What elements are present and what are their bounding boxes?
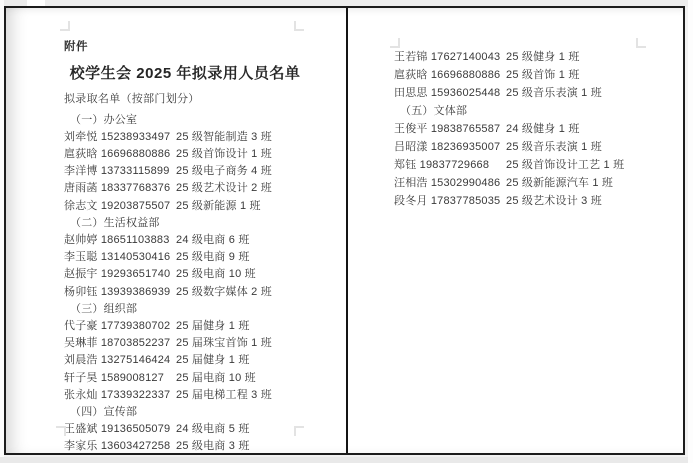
member-name-phone: 吴琳菲 18703852237 [64, 335, 176, 352]
member-row: 徐志文 1920387550725 级新能源 1 班 [64, 198, 318, 215]
member-class: 25 级智能制造 3 班 [176, 129, 272, 146]
crop-mark [60, 21, 70, 31]
section-heading: （二）生活权益部 [64, 215, 318, 232]
crop-mark [636, 38, 646, 48]
member-row: 王俊平 1983876558724 级健身 1 班 [394, 120, 667, 138]
member-class: 25 届健身 1 班 [176, 318, 250, 335]
section-heading: （四）宣传部 [64, 404, 318, 421]
member-name-phone: 李家乐 13603427258 [64, 438, 176, 455]
member-row: 李洋博 1373311589925 级电子商务 4 班 [64, 163, 318, 180]
member-name-phone: 郑钰 19837729668 [394, 156, 506, 174]
member-class: 25 届电梯工程 3 班 [176, 387, 272, 404]
member-name-phone: 刘牵悦 15238933497 [64, 129, 176, 146]
member-class: 25 级首饰 1 班 [506, 66, 580, 84]
member-name-phone: 扈荻晗 16696880886 [394, 66, 506, 84]
member-class: 25 级音乐表演 1 班 [506, 138, 602, 156]
member-name-phone: 段冬月 17837785035 [394, 192, 506, 210]
crop-mark [294, 426, 304, 436]
member-row: 轩子昊 158900812725 届电商 10 班 [64, 370, 318, 387]
section-heading: （一）办公室 [64, 112, 318, 129]
member-class: 24 级电商 5 班 [176, 421, 250, 438]
page-2-sections: 王若锦 1762714004325 级健身 1 班扈荻晗 16696880886… [394, 48, 667, 210]
member-row: 汪相浩 1530299048625 级新能源汽车 1 班 [394, 174, 667, 192]
member-row: 赵振宇 1929365174025 级电商 10 班 [64, 266, 318, 283]
member-class: 25 级新能源 1 班 [176, 198, 261, 215]
crop-mark [390, 38, 400, 48]
member-name-phone: 张永灿 17339322337 [64, 387, 176, 404]
member-name-phone: 王俊平 19838765587 [394, 120, 506, 138]
member-class: 25 级电子商务 4 班 [176, 163, 272, 180]
document-scan-view: 附件 校学生会 2025 年拟录用人员名单 拟录取名单（按部门划分） （一）办公… [0, 0, 693, 463]
member-name-phone: 刘晨浩 13275146424 [64, 352, 176, 369]
member-row: 王盛斌 1913650507924 级电商 5 班 [64, 421, 318, 438]
member-class: 25 级电商 9 班 [176, 249, 250, 266]
member-class: 25 届珠宝首饰 1 班 [176, 335, 272, 352]
member-name-phone: 扈荻晗 16696880886 [64, 146, 176, 163]
member-class: 25 级首饰设计 1 班 [176, 146, 272, 163]
member-class: 25 届电商 10 班 [176, 370, 256, 387]
member-name-phone: 轩子昊 1589008127 [64, 370, 176, 387]
member-class: 25 级音乐表演 1 班 [506, 84, 602, 102]
member-class: 24 级健身 1 班 [506, 120, 580, 138]
member-name-phone: 赵帅婷 18651103883 [64, 232, 176, 249]
member-row: 李玉聪 1314053041625 级电商 9 班 [64, 249, 318, 266]
member-name-phone: 代子豪 17739380702 [64, 318, 176, 335]
page-1: 附件 校学生会 2025 年拟录用人员名单 拟录取名单（按部门划分） （一）办公… [6, 8, 346, 453]
member-name-phone: 赵振宇 19293651740 [64, 266, 176, 283]
document-title: 校学生会 2025 年拟录用人员名单 [64, 65, 306, 82]
member-row: 吕昭漾 1823693500725 级音乐表演 1 班 [394, 138, 667, 156]
section-heading: （三）组织部 [64, 301, 318, 318]
member-class: 25 届健身 1 班 [176, 352, 250, 369]
member-class: 25 级艺术设计 2 班 [176, 180, 272, 197]
list-subtitle: 拟录取名单（按部门划分） [64, 91, 318, 108]
member-row: 张永灿 1733932233725 届电梯工程 3 班 [64, 387, 318, 404]
member-row: 田思思 1593602544825 级音乐表演 1 班 [394, 84, 667, 102]
attachment-label: 附件 [64, 39, 318, 56]
member-name-phone: 徐志文 19203875507 [64, 198, 176, 215]
member-class: 25 级电商 10 班 [176, 266, 256, 283]
member-row: 刘牵悦 1523893349725 级智能制造 3 班 [64, 129, 318, 146]
member-row: 李家乐 1360342725825 级电商 3 班 [64, 438, 318, 455]
page-1-sections: （一）办公室刘牵悦 1523893349725 级智能制造 3 班扈荻晗 166… [64, 112, 318, 456]
member-name-phone: 唐雨菡 18337768376 [64, 180, 176, 197]
member-name-phone: 李玉聪 13140530416 [64, 249, 176, 266]
member-row: 王若锦 1762714004325 级健身 1 班 [394, 48, 667, 66]
member-name-phone: 吕昭漾 18236935007 [394, 138, 506, 156]
member-row: 代子豪 1773938070225 届健身 1 班 [64, 318, 318, 335]
member-class: 25 级健身 1 班 [506, 48, 580, 66]
member-name-phone: 杨卯钰 13939386939 [64, 284, 176, 301]
member-class: 25 级艺术设计 3 班 [506, 192, 602, 210]
member-row: 刘晨浩 1327514642425 届健身 1 班 [64, 352, 318, 369]
member-class: 25 级数字媒体 2 班 [176, 284, 272, 301]
member-row: 赵帅婷 1865110388324 级电商 6 班 [64, 232, 318, 249]
member-name-phone: 李洋博 13733115899 [64, 163, 176, 180]
section-heading: （五）文体部 [394, 102, 667, 120]
crop-mark [294, 21, 304, 31]
member-row: 唐雨菡 1833776837625 级艺术设计 2 班 [64, 180, 318, 197]
outer-right-strip [688, 0, 693, 463]
member-row: 郑钰 1983772966825 级首饰设计工艺 1 班 [394, 156, 667, 174]
crop-mark [56, 426, 66, 436]
member-class: 25 级电商 3 班 [176, 438, 250, 455]
member-class: 24 级电商 6 班 [176, 232, 250, 249]
member-row: 吴琳菲 1870385223725 届珠宝首饰 1 班 [64, 335, 318, 352]
member-class: 25 级新能源汽车 1 班 [506, 174, 613, 192]
member-class: 25 级首饰设计工艺 1 班 [506, 156, 624, 174]
page-2: 王若锦 1762714004325 级健身 1 班扈荻晗 16696880886… [348, 8, 687, 453]
member-row: 段冬月 1783778503525 级艺术设计 3 班 [394, 192, 667, 210]
member-name-phone: 田思思 15936025448 [394, 84, 506, 102]
member-name-phone: 王盛斌 19136505079 [64, 421, 176, 438]
member-name-phone: 汪相浩 15302990486 [394, 174, 506, 192]
member-name-phone: 王若锦 17627140043 [394, 48, 506, 66]
outer-bottom-strip [0, 457, 693, 463]
member-row: 扈荻晗 1669688088625 级首饰 1 班 [394, 66, 667, 84]
scanned-sheet: 附件 校学生会 2025 年拟录用人员名单 拟录取名单（按部门划分） （一）办公… [4, 6, 685, 455]
member-row: 杨卯钰 1393938693925 级数字媒体 2 班 [64, 284, 318, 301]
member-row: 扈荻晗 1669688088625 级首饰设计 1 班 [64, 146, 318, 163]
